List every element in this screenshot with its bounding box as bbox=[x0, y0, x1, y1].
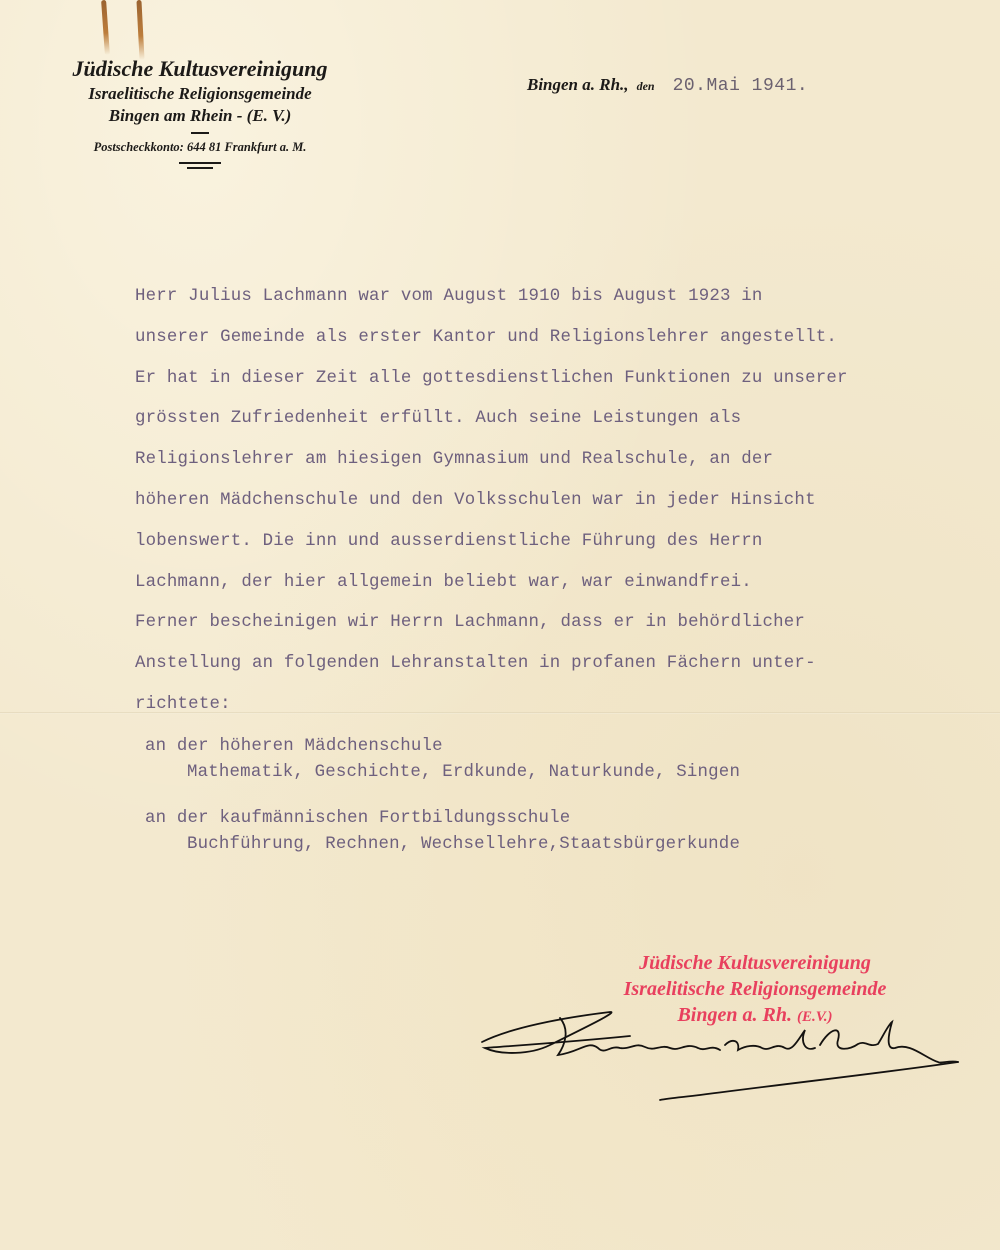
dateline: Bingen a. Rh., den 20.Mai 1941. bbox=[527, 75, 808, 96]
body-line: Religionslehrer am hiesigen Gymnasium un… bbox=[135, 446, 1000, 487]
letterhead-location: Bingen am Rhein - (E. V.) bbox=[40, 105, 360, 127]
body-line: lobenswert. Die inn und ausserdienstlich… bbox=[135, 528, 1000, 569]
dateline-place: Bingen a. Rh., bbox=[527, 75, 629, 94]
body-line: Er hat in dieser Zeit alle gottesdienstl… bbox=[135, 365, 1000, 406]
body-line: grössten Zufriedenheit erfüllt. Auch sei… bbox=[135, 405, 1000, 446]
body-line: Herr Julius Lachmann war vom August 1910… bbox=[135, 283, 1000, 324]
dateline-date: 20.Mai 1941. bbox=[673, 76, 809, 96]
handwritten-signature bbox=[470, 1000, 970, 1130]
course-list: Buchführung, Rechnen, Wechsellehre,Staat… bbox=[145, 832, 740, 858]
subject-entry: an der kaufmännischen Fortbildungsschule… bbox=[145, 806, 740, 858]
body-line: höheren Mädchenschule und den Volksschul… bbox=[135, 487, 1000, 528]
school-name: an der kaufmännischen Fortbildungsschule bbox=[145, 806, 740, 832]
letterhead-divider bbox=[191, 132, 209, 134]
school-name: an der höheren Mädchenschule bbox=[145, 734, 740, 760]
letterhead: Jüdische Kultusvereinigung Israelitische… bbox=[40, 55, 360, 169]
body-line: Ferner bescheinigen wir Herrn Lachmann, … bbox=[135, 609, 1000, 650]
body-line: richtete: bbox=[135, 691, 1000, 732]
course-list: Mathematik, Geschichte, Erdkunde, Naturk… bbox=[145, 760, 740, 786]
body-line: Lachmann, der hier allgemein beliebt war… bbox=[135, 569, 1000, 610]
letter-body: Herr Julius Lachmann war vom August 1910… bbox=[135, 283, 1000, 732]
subject-entry: an der höheren Mädchenschule Mathematik,… bbox=[145, 734, 740, 786]
dateline-den: den bbox=[637, 79, 655, 93]
stamp-line: Jüdische Kultusvereinigung bbox=[590, 950, 920, 976]
rust-stain bbox=[101, 0, 110, 55]
letterhead-organization: Jüdische Kultusvereinigung bbox=[40, 55, 360, 83]
body-line: Anstellung an folgenden Lehranstalten in… bbox=[135, 650, 1000, 691]
letterhead-divider bbox=[187, 167, 213, 169]
letterhead-divider bbox=[179, 162, 221, 164]
stamp-line: Israelitische Religionsgemeinde bbox=[590, 976, 920, 1002]
rust-stain bbox=[136, 0, 144, 60]
letterhead-postal-account: Postscheckkonto: 644 81 Frankfurt a. M. bbox=[40, 138, 360, 156]
body-line: unserer Gemeinde als erster Kantor und R… bbox=[135, 324, 1000, 365]
letterhead-subtitle: Israelitische Religionsgemeinde bbox=[40, 83, 360, 105]
subjects-list: an der höheren Mädchenschule Mathematik,… bbox=[145, 734, 740, 878]
